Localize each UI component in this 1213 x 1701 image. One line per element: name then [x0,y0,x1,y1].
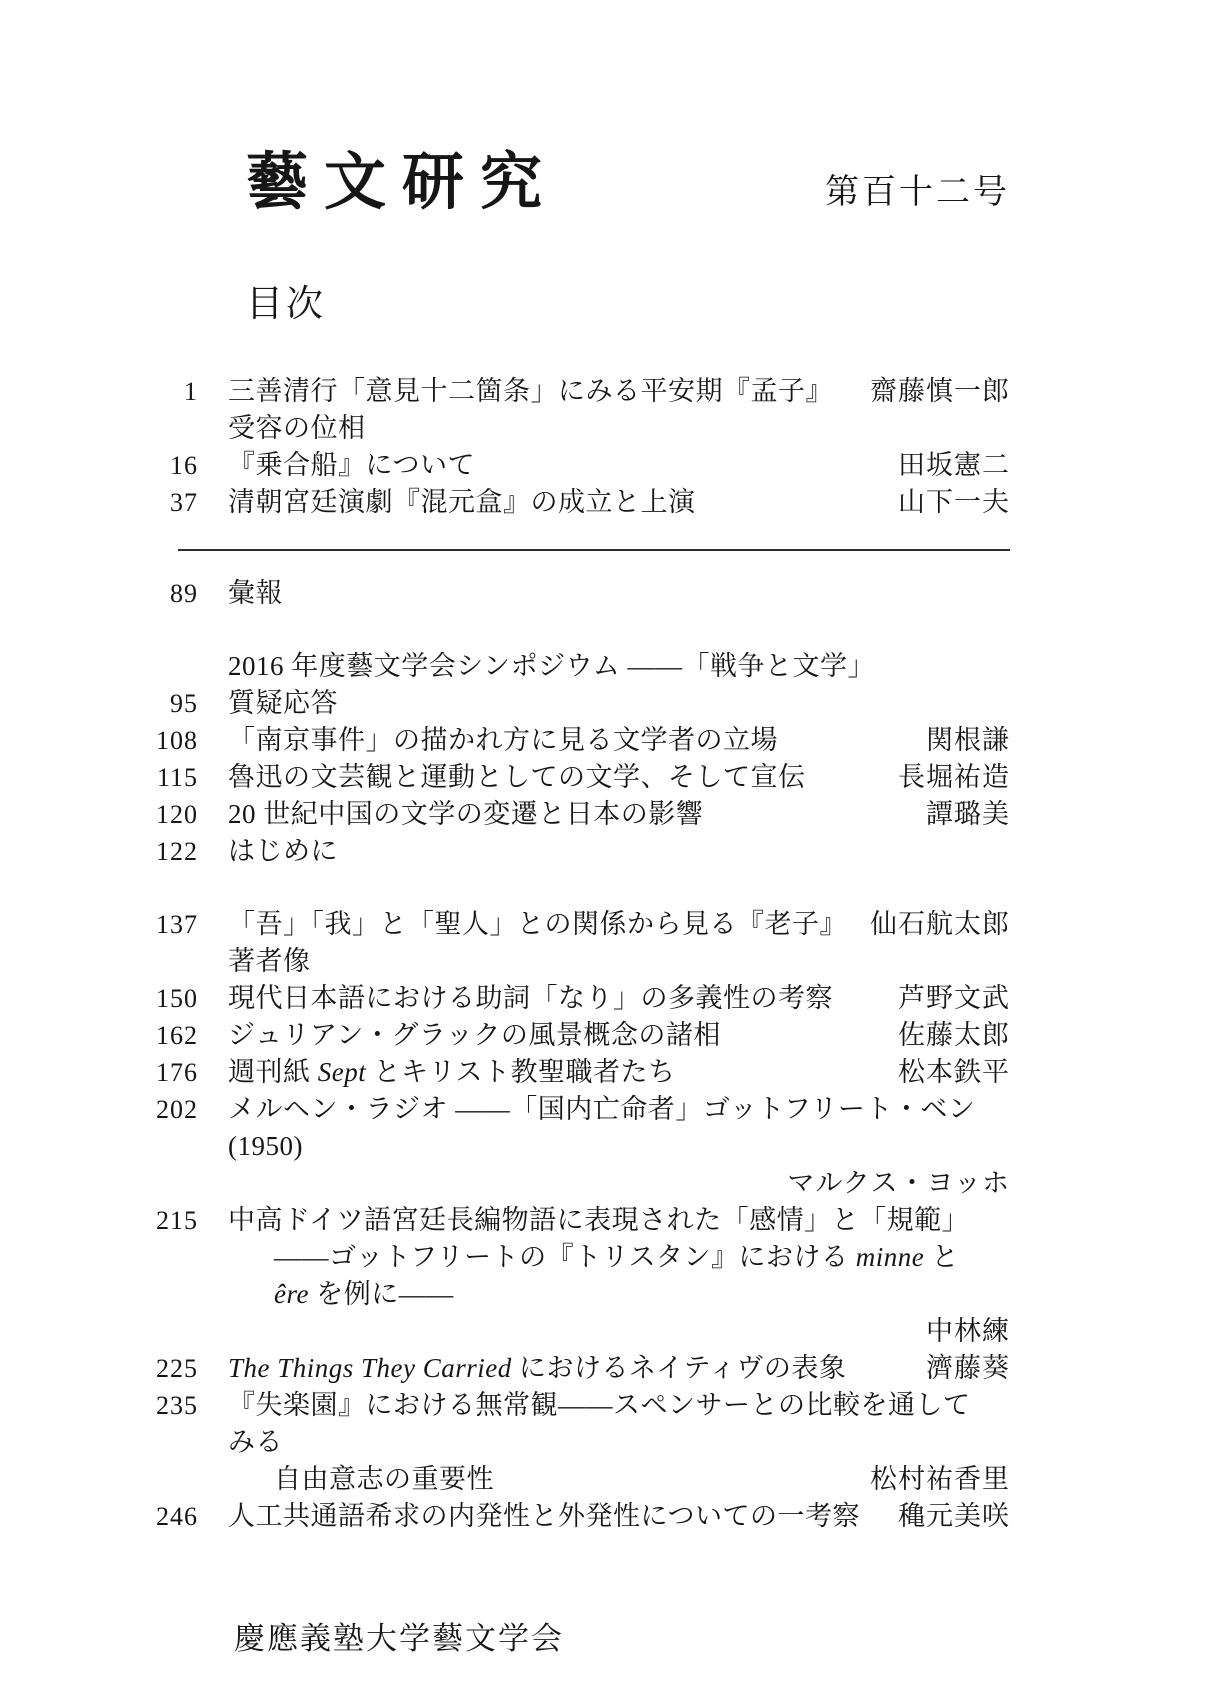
toc-title-segment: 清朝宮廷演劇『混元盒』の成立と上演 [228,487,696,517]
toc-line: 「吾」「我」と「聖人」との関係から見る『老子』著者像仙石航太郎 [228,906,1010,980]
toc-row: 115魯迅の文芸観と運動としての文学、そして宣伝長堀祐造 [138,759,1010,796]
toc-page-number: 115 [138,759,198,796]
toc-entry-content: 清朝宮廷演劇『混元盒』の成立と上演山下一夫 [228,484,1010,521]
toc-entry-content: 『失楽園』における無常観——スペンサーとの比較を通してみる自由意志の重要性松村祐… [228,1387,1010,1498]
toc-entry-content: 三善清行「意見十二箇条」にみる平安期『孟子』受容の位相齋藤慎一郎 [228,373,1010,447]
toc-page-number: 202 [138,1091,198,1202]
toc-page-number: 150 [138,980,198,1017]
toc-title: 「吾」「我」と「聖人」との関係から見る『老子』著者像 [228,906,852,980]
toc-title-segment: 中高ドイツ語宮廷長編物語に表現された「感情」と「規範」 [228,1205,969,1235]
toc-line: 週刊紙 Sept とキリスト教聖職者たち松本鉄平 [228,1054,1010,1091]
toc-title: 彙報 [228,575,283,612]
toc-title: 「南京事件」の描かれ方に見る文学者の立場 [228,722,778,759]
toc-row: 95質疑応答 [138,685,1010,722]
toc-title-segment: Sept [318,1057,367,1087]
toc-title: ——ゴットフリートの『トリスタン』における minne と êre を例に—— [228,1239,992,1313]
page-footer: 慶應義塾大学藝文学会 [138,1623,1010,1654]
toc-page-number: 122 [138,833,198,870]
toc-entry-content: 中高ドイツ語宮廷長編物語に表現された「感情」と「規範」——ゴットフリートの『トリ… [228,1202,1010,1350]
toc-author: 仙石航太郎 [870,906,1010,980]
toc-page-number: 108 [138,722,198,759]
toc-author: 穐元美咲 [898,1498,1010,1535]
toc-title-segment: 『失楽園』における無常観——スペンサーとの比較を通してみる [228,1390,971,1457]
toc-author: 齋藤慎一郎 [870,373,1010,447]
toc-title: 20 世紀中国の文学の変遷と日本の影響 [228,796,703,833]
toc-author: 中林練 [926,1313,1010,1350]
toc-line: 中高ドイツ語宮廷長編物語に表現された「感情」と「規範」 [228,1202,1010,1239]
toc-line: 質疑応答 [228,685,1010,722]
toc-title: The Things They Carried におけるネイティヴの表象 [228,1350,846,1387]
toc-title: 『乗合船』について [228,447,475,484]
toc-page-number [138,648,198,685]
toc-title-segment: におけるネイティヴの表象 [512,1353,847,1383]
toc-row: 1三善清行「意見十二箇条」にみる平安期『孟子』受容の位相齋藤慎一郎 [138,373,1010,447]
toc-row: 16『乗合船』について田坂憲二 [138,447,1010,484]
toc-title-segment: 2016 年度藝文学会シンポジウム ——「戦争と文学」 [228,651,875,681]
toc-entry-content: 彙報 [228,575,1010,612]
toc-title: 自由意志の重要性 [228,1461,494,1498]
toc-entry-content: 魯迅の文芸観と運動としての文学、そして宣伝長堀祐造 [228,759,1010,796]
toc-entry-content: 人工共通語希求の内発性と外発性についての一考察穐元美咲 [228,1498,1010,1535]
toc-title: 現代日本語における助詞「なり」の多義性の考察 [228,980,833,1017]
toc-page-number: 37 [138,484,198,521]
section-gap [138,870,1010,906]
toc-author: 佐藤太郎 [898,1017,1010,1054]
toc-author: 譚璐美 [926,796,1010,833]
toc-author: 長堀祐造 [898,759,1010,796]
toc-title-segment: The Things They Carried [228,1353,512,1383]
toc-title-segment: 彙報 [228,578,283,608]
toc-title: メルヘン・ラジオ ——「国内亡命者」ゴットフリート・ベン (1950) [228,1091,992,1165]
toc-page-number: 225 [138,1350,198,1387]
toc-entry-content: 2016 年度藝文学会シンポジウム ——「戦争と文学」 [228,648,1010,685]
toc-page-number: 95 [138,685,198,722]
toc-line: 「南京事件」の描かれ方に見る文学者の立場関根謙 [228,722,1010,759]
toc-title: 人工共通語希求の内発性と外発性についての一考察 [228,1498,860,1535]
toc-entry-content: 現代日本語における助詞「なり」の多義性の考察芦野文武 [228,980,1010,1017]
toc-row: 246人工共通語希求の内発性と外発性についての一考察穐元美咲 [138,1498,1010,1535]
toc-line: 中林練 [228,1313,1010,1350]
toc-page-number: 162 [138,1017,198,1054]
toc-line: メルヘン・ラジオ ——「国内亡命者」ゴットフリート・ベン (1950) [228,1091,1010,1165]
toc-line: The Things They Carried におけるネイティヴの表象濟藤葵 [228,1350,1010,1387]
toc-title-segment: とキリスト教聖職者たち [366,1057,675,1087]
masthead: 藝文研究 第百十二号 [138,152,1010,214]
toc-page: 藝文研究 第百十二号 目次 1三善清行「意見十二箇条」にみる平安期『孟子』受容の… [0,0,1213,1701]
toc-row: 12020 世紀中国の文学の変遷と日本の影響譚璐美 [138,796,1010,833]
toc-row: 137「吾」「我」と「聖人」との関係から見る『老子』著者像仙石航太郎 [138,906,1010,980]
toc-author: 山下一夫 [898,484,1010,521]
toc-author: 松村祐香里 [870,1461,1010,1498]
toc-entry-content: 質疑応答 [228,685,1010,722]
toc-row: 122はじめに [138,833,1010,870]
toc-title: 中高ドイツ語宮廷長編物語に表現された「感情」と「規範」 [228,1202,969,1239]
toc-page-number: 89 [138,575,198,612]
toc-line: マルクス・ヨッホ [228,1165,1010,1202]
toc-title: 『失楽園』における無常観——スペンサーとの比較を通してみる [228,1387,992,1461]
toc-entry-content: メルヘン・ラジオ ——「国内亡命者」ゴットフリート・ベン (1950)マルクス・… [228,1091,1010,1202]
toc-row: 37清朝宮廷演劇『混元盒』の成立と上演山下一夫 [138,484,1010,521]
toc-row: 150現代日本語における助詞「なり」の多義性の考察芦野文武 [138,980,1010,1017]
toc-title: 質疑応答 [228,685,338,722]
toc-row: 162ジュリアン・グラックの風景概念の諸相佐藤太郎 [138,1017,1010,1054]
section-divider [178,549,1010,551]
toc-title-segment: 自由意志の重要性 [274,1464,494,1494]
toc-title-segment: メルヘン・ラジオ ——「国内亡命者」ゴットフリート・ベン (1950) [228,1094,975,1161]
toc-title: 魯迅の文芸観と運動としての文学、そして宣伝 [228,759,806,796]
toc-row: 202メルヘン・ラジオ ——「国内亡命者」ゴットフリート・ベン (1950)マル… [138,1091,1010,1202]
toc-title-segment: はじめに [228,836,338,866]
toc-line: はじめに [228,833,1010,870]
toc-title-segment: 質疑応答 [228,688,338,718]
toc-title-segment: 魯迅の文芸観と運動としての文学、そして宣伝 [228,762,806,792]
toc-line: 人工共通語希求の内発性と外発性についての一考察穐元美咲 [228,1498,1010,1535]
toc-title-segment: ——ゴットフリートの『トリスタン』における [274,1242,856,1272]
issue-number: 第百十二号 [825,176,1010,210]
toc-entry-content: 週刊紙 Sept とキリスト教聖職者たち松本鉄平 [228,1054,1010,1091]
toc-line: 20 世紀中国の文学の変遷と日本の影響譚璐美 [228,796,1010,833]
toc-line: 彙報 [228,575,1010,612]
toc-title-segment: 20 世紀中国の文学の変遷と日本の影響 [228,799,703,829]
toc-title: 清朝宮廷演劇『混元盒』の成立と上演 [228,484,696,521]
toc-entry-content: 20 世紀中国の文学の変遷と日本の影響譚璐美 [228,796,1010,833]
toc-author: マルクス・ヨッホ [787,1165,1010,1202]
toc-row: 176週刊紙 Sept とキリスト教聖職者たち松本鉄平 [138,1054,1010,1091]
toc-entry-content: 『乗合船』について田坂憲二 [228,447,1010,484]
toc-line: 魯迅の文芸観と運動としての文学、そして宣伝長堀祐造 [228,759,1010,796]
toc-page-number: 215 [138,1202,198,1350]
toc-row: 89彙報 [138,575,1010,612]
toc-title-segment: 「南京事件」の描かれ方に見る文学者の立場 [228,725,778,755]
toc-entry-content: 「南京事件」の描かれ方に見る文学者の立場関根謙 [228,722,1010,759]
toc-line: 清朝宮廷演劇『混元盒』の成立と上演山下一夫 [228,484,1010,521]
toc-line: 自由意志の重要性松村祐香里 [228,1461,1010,1498]
toc-line: 2016 年度藝文学会シンポジウム ——「戦争と文学」 [228,648,1010,685]
toc-author: 芦野文武 [898,980,1010,1017]
toc-title-segment: ジュリアン・グラックの風景概念の諸相 [228,1020,721,1050]
toc-author: 濟藤葵 [926,1350,1010,1387]
toc-title: はじめに [228,833,338,870]
toc-heading: 目次 [246,286,1010,323]
toc-page-number: 235 [138,1387,198,1498]
toc-entry-content: ジュリアン・グラックの風景概念の諸相佐藤太郎 [228,1017,1010,1054]
toc-title: 週刊紙 Sept とキリスト教聖職者たち [228,1054,675,1091]
toc-line: ——ゴットフリートの『トリスタン』における minne と êre を例に—— [228,1239,1010,1313]
toc-row: 235『失楽園』における無常観——スペンサーとの比較を通してみる自由意志の重要性… [138,1387,1010,1498]
toc-author: 松本鉄平 [898,1054,1010,1091]
toc-author: 関根謙 [926,722,1010,759]
toc-line: ジュリアン・グラックの風景概念の諸相佐藤太郎 [228,1017,1010,1054]
publisher-name: 慶應義塾大学藝文学会 [234,1623,1010,1654]
toc-line: 三善清行「意見十二箇条」にみる平安期『孟子』受容の位相齋藤慎一郎 [228,373,1010,447]
toc-title-segment: 『乗合船』について [228,450,475,480]
toc-row: 108「南京事件」の描かれ方に見る文学者の立場関根謙 [138,722,1010,759]
toc-row: 2016 年度藝文学会シンポジウム ——「戦争と文学」 [138,648,1010,685]
toc-title-segment: 「吾」「我」と「聖人」との関係から見る『老子』著者像 [228,909,847,976]
toc-row: 215中高ドイツ語宮廷長編物語に表現された「感情」と「規範」——ゴットフリートの… [138,1202,1010,1350]
toc-title-segment: minne [856,1242,924,1272]
toc-title-segment: を例に—— [309,1279,454,1309]
toc-title: ジュリアン・グラックの風景概念の諸相 [228,1017,721,1054]
toc-title: 三善清行「意見十二箇条」にみる平安期『孟子』受容の位相 [228,373,852,447]
toc-line: 『乗合船』について田坂憲二 [228,447,1010,484]
toc-title-segment: 三善清行「意見十二箇条」にみる平安期『孟子』受容の位相 [228,376,833,443]
toc-line: 『失楽園』における無常観——スペンサーとの比較を通してみる [228,1387,1010,1461]
toc-title-segment: êre [274,1279,309,1309]
toc-title: 2016 年度藝文学会シンポジウム ——「戦争と文学」 [228,648,875,685]
toc-title-segment: 人工共通語希求の内発性と外発性についての一考察 [228,1501,860,1531]
toc-row: 225The Things They Carried におけるネイティヴの表象濟… [138,1350,1010,1387]
toc-author: 田坂憲二 [898,447,1010,484]
toc-title-segment: 週刊紙 [228,1057,318,1087]
toc-entry-content: The Things They Carried におけるネイティヴの表象濟藤葵 [228,1350,1010,1387]
toc-page-number: 120 [138,796,198,833]
toc-line: 現代日本語における助詞「なり」の多義性の考察芦野文武 [228,980,1010,1017]
journal-title: 藝文研究 [246,152,558,214]
toc-page-number: 16 [138,447,198,484]
toc-entry-content: 「吾」「我」と「聖人」との関係から見る『老子』著者像仙石航太郎 [228,906,1010,980]
toc-title-segment: と [924,1242,959,1272]
toc-entry-content: はじめに [228,833,1010,870]
section-gap [138,612,1010,648]
toc-list: 1三善清行「意見十二箇条」にみる平安期『孟子』受容の位相齋藤慎一郎16『乗合船』… [138,373,1010,1535]
toc-page-number: 1 [138,373,198,447]
toc-page-number: 137 [138,906,198,980]
toc-title-segment: 現代日本語における助詞「なり」の多義性の考察 [228,983,833,1013]
toc-page-number: 176 [138,1054,198,1091]
toc-page-number: 246 [138,1498,198,1535]
